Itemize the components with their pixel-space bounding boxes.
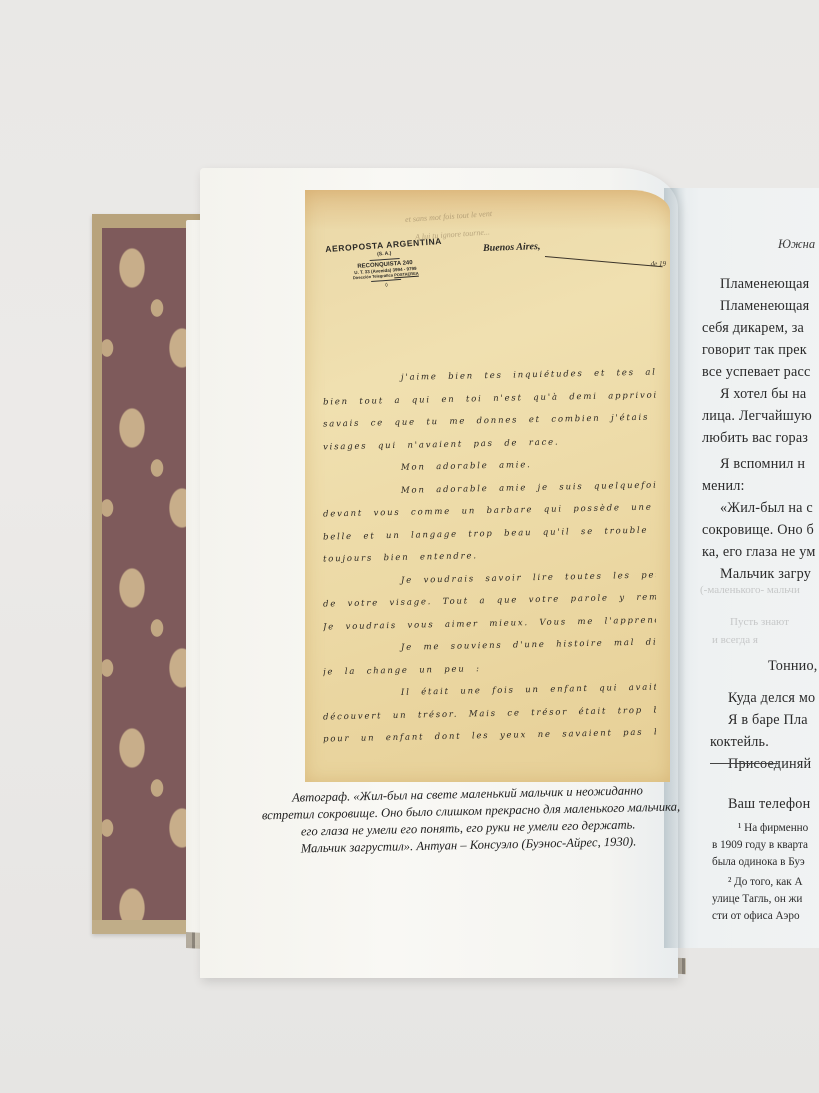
footnote-line: в 1909 году в кварта bbox=[712, 839, 808, 851]
right-page-line: Ваш телефон bbox=[728, 796, 810, 813]
letterhead: AEROPOSTA ARGENTINA (S. A.) RECONQUISTA … bbox=[323, 236, 446, 293]
letter-date-fragment: de 19 bbox=[651, 260, 666, 268]
footnote-line: сти от офиса Аэро bbox=[712, 910, 800, 922]
right-page-line: «Жил-был на с bbox=[720, 500, 813, 517]
letter-facsimile: et sans mot fois tout le vent A lui tu i… bbox=[305, 190, 670, 782]
right-page-line: говорит так прек bbox=[702, 342, 807, 359]
running-head: Южна bbox=[778, 237, 815, 252]
figure-caption: Автограф. «Жил-был на свете маленький ма… bbox=[261, 782, 674, 859]
photo-scene: et sans mot fois tout le vent A lui tu i… bbox=[0, 0, 819, 1093]
show-through-text: Пусть знают bbox=[730, 616, 789, 628]
right-page-line: Пламенеющая bbox=[720, 298, 809, 315]
footnote-line: ² До того, как А bbox=[728, 876, 803, 888]
show-through-text: и всегда я bbox=[712, 634, 758, 646]
date-line bbox=[545, 256, 663, 267]
show-through-text: (-маленького- мальчи bbox=[700, 584, 800, 596]
right-page-line: лица. Легчайшую bbox=[702, 408, 812, 425]
right-page-line: Тоннио, bbox=[768, 658, 818, 675]
right-page-line: сокровище. Оно б bbox=[702, 522, 814, 539]
footnote-rule bbox=[710, 763, 778, 764]
right-page-line: Я хотел бы на bbox=[720, 386, 806, 403]
right-page-line: Я вспомнил н bbox=[720, 456, 805, 473]
footnote-line: была одинока в Буэ bbox=[712, 856, 805, 868]
bleed-through-text: et sans mot fois tout le vent bbox=[405, 209, 493, 224]
right-page-line: Присоединяй bbox=[728, 756, 811, 773]
right-page-line: Куда делся мо bbox=[728, 690, 815, 707]
footnote-line: улице Тагль, он жи bbox=[712, 893, 802, 905]
footnote-line: ¹ На фирменно bbox=[738, 822, 808, 834]
right-page-line: все успевает расс bbox=[702, 364, 810, 381]
right-page-line: Я в баре Пла bbox=[728, 712, 808, 729]
handwritten-body: j'aime bien tes inquiétudes et tes alarm… bbox=[323, 365, 656, 748]
right-page-line: менил: bbox=[702, 478, 745, 495]
right-page-line: себя дикарем, за bbox=[702, 320, 804, 337]
right-page-line: любить вас гораз bbox=[702, 430, 808, 447]
right-page-line: Пламенеющая bbox=[720, 276, 809, 293]
right-page-line: ка, его глаза не ум bbox=[702, 544, 816, 561]
letter-city: Buenos Aires, bbox=[483, 241, 541, 254]
right-page-line: коктейль. bbox=[710, 734, 769, 751]
telegraph-value: POSTAEREA bbox=[394, 271, 419, 278]
right-page-line: Мальчик загру bbox=[720, 566, 811, 583]
